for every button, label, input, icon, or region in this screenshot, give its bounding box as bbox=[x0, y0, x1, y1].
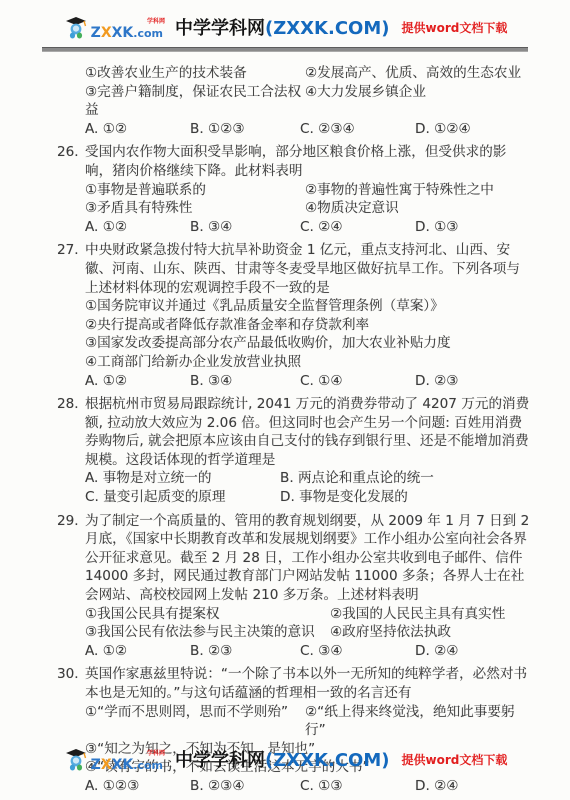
exam-content: ①改善农业生产的技术装备 ②发展高产、优质、高效的生态农业 ③完善户籍制度，保证… bbox=[0, 52, 570, 796]
zxxk-mascot-icon bbox=[63, 14, 89, 40]
choice-text: D. ②④ bbox=[415, 642, 532, 661]
logo-letter: X bbox=[101, 757, 112, 773]
option-text: ②“纸上得来终觉浅，绝知此事要躬行” bbox=[305, 703, 532, 740]
choice-text: B. ③④ bbox=[190, 218, 300, 237]
question-25-partial: ①改善农业生产的技术装备 ②发展高产、优质、高效的生态农业 ③完善户籍制度，保证… bbox=[57, 64, 532, 138]
choice-row: A. ①② B. ①②③ C. ②③④ D. ①②④ bbox=[57, 120, 532, 139]
choice-row: A. ①② B. ③④ C. ②④ D. ①③ bbox=[57, 218, 532, 237]
option-row: ①改善农业生产的技术装备 ②发展高产、优质、高效的生态农业 bbox=[57, 64, 532, 83]
question-29: 29. 为了制定一个高质量的、管用的教育规划纲要，从 2009 年 1 月 7 … bbox=[57, 512, 532, 661]
option-text: ④大力发展乡镇企业 bbox=[305, 83, 532, 120]
choice-row: C. 量变引起质变的原理 D. 事物是变化发展的 bbox=[57, 488, 532, 507]
option-text: ③国家发改委提高部分农产品最低收购价，加大农业补贴力度 bbox=[85, 335, 451, 351]
option-text: ③矛盾具有特殊性 bbox=[85, 199, 305, 218]
option-row: ③完善户籍制度，保证农民工合法权益 ④大力发展乡镇企业 bbox=[57, 83, 532, 120]
choice-text: D. ①②④ bbox=[415, 120, 532, 139]
question-stem: 28. 根据杭州市贸易局跟踪统计, 2041 万元的消费券带动了 4207 万元… bbox=[57, 395, 532, 469]
logo-letter: Z bbox=[91, 757, 101, 773]
logo-letter: K bbox=[122, 757, 133, 773]
question-text: 受国内农作物大面积受旱影响，部分地区粮食价格上涨，但受供求的影响，猪肉价格继续下… bbox=[85, 143, 532, 180]
question-30: 30. 英国作家惠兹里特说：“一个除了书本以外一无所知的纯粹学者，必然对书本也是… bbox=[57, 665, 532, 795]
choice-text: B. ②③ bbox=[190, 642, 300, 661]
site-domain: (ZXXK.COM) bbox=[265, 18, 389, 39]
logo-mini-text: 学科网 bbox=[147, 751, 165, 757]
option-row: ①“学而不思则罔，思而不学则殆” ②“纸上得来终觉浅，绝知此事要躬行” bbox=[57, 703, 532, 740]
choice-text: A. ①② bbox=[85, 218, 190, 237]
logo-mini-text: 学科网 bbox=[147, 19, 165, 25]
choice-text: D. ①③ bbox=[415, 218, 532, 237]
option-row: ③矛盾具有特殊性 ④物质决定意识 bbox=[57, 199, 532, 218]
logo-letter: X bbox=[101, 25, 112, 41]
question-number: 28. bbox=[57, 395, 85, 469]
question-number: 29. bbox=[57, 512, 85, 605]
option-row: ①我国公民具有提案权 ②我国的人民民主具有真实性 bbox=[57, 605, 532, 624]
choice-text: D. ②④ bbox=[415, 777, 532, 796]
brand-row: ZXXK.com 学科网 中学学科网(ZXXK.COM) 提供word文档下载 bbox=[0, 740, 570, 772]
question-stem: 30. 英国作家惠兹里特说：“一个除了书本以外一无所知的纯粹学者，必然对书本也是… bbox=[57, 665, 532, 702]
option-row: ③我国公民有依法参与民主决策的意识 ④政府坚持依法执政 bbox=[57, 623, 532, 642]
zxxk-logo: ZXXK.com 学科网 bbox=[63, 746, 163, 772]
zxxk-logo: ZXXK.com 学科网 bbox=[63, 14, 163, 40]
question-stem: 27. 中央财政紧急拨付特大抗旱补助资金 1 亿元，重点支持河北、山西、安徽、河… bbox=[57, 241, 532, 297]
option-text: ②央行提高或者降低存款准备金率和存贷款利率 bbox=[85, 317, 369, 333]
choice-text: C. ①③ bbox=[300, 777, 415, 796]
zxxk-mascot-icon bbox=[63, 746, 89, 772]
site-title: 中学学科网(ZXXK.COM) bbox=[175, 746, 389, 772]
choice-row: A. 事物是对立统一的 B. 两点论和重点论的统一 bbox=[57, 469, 532, 488]
question-stem: 29. 为了制定一个高质量的、管用的教育规划纲要，从 2009 年 1 月 7 … bbox=[57, 512, 532, 605]
option-text: ④物质决定意识 bbox=[305, 199, 532, 218]
choice-text: C. ①④ bbox=[300, 372, 415, 391]
choice-text: C. ③④ bbox=[300, 642, 415, 661]
question-stem: 26. 受国内农作物大面积受旱影响，部分地区粮食价格上涨，但受供求的影响，猪肉价… bbox=[57, 143, 532, 180]
site-name: 中学学科网 bbox=[175, 18, 265, 39]
choice-text: C. ②③④ bbox=[300, 120, 415, 139]
choice-text: B. ①②③ bbox=[190, 120, 300, 139]
choice-text: D. ②③ bbox=[415, 372, 532, 391]
download-tagline: 提供word文档下载 bbox=[401, 751, 507, 768]
logo-letter: X bbox=[112, 25, 123, 41]
site-name: 中学学科网 bbox=[175, 750, 265, 771]
option-text: ④政府坚持依法执政 bbox=[330, 623, 532, 642]
question-text: 中央财政紧急拨付特大抗旱补助资金 1 亿元，重点支持河北、山西、安徽、河南、山东… bbox=[85, 241, 532, 297]
logo-dotcom: .com bbox=[133, 759, 163, 772]
zxxk-logo-word: ZXXK.com 学科网 bbox=[91, 758, 163, 772]
download-tagline: 提供word文档下载 bbox=[401, 19, 507, 36]
page-footer: ZXXK.com 学科网 中学学科网(ZXXK.COM) 提供word文档下载 bbox=[0, 740, 570, 772]
question-27: 27. 中央财政紧急拨付特大抗旱补助资金 1 亿元，重点支持河北、山西、安徽、河… bbox=[57, 241, 532, 390]
option-row: ③国家发改委提高部分农产品最低收购价，加大农业补贴力度 bbox=[57, 334, 532, 353]
logo-letter: K bbox=[122, 25, 133, 41]
document-page: ZXXK.com 学科网 中学学科网(ZXXK.COM) 提供word文档下载 … bbox=[0, 0, 570, 800]
logo-letter: X bbox=[112, 757, 123, 773]
question-26: 26. 受国内农作物大面积受旱影响，部分地区粮食价格上涨，但受供求的影响，猪肉价… bbox=[57, 143, 532, 236]
option-text: ③我国公民有依法参与民主决策的意识 bbox=[85, 623, 330, 642]
option-row: ①国务院审议并通过《乳品质量安全监督管理条例（草案）》 bbox=[57, 297, 532, 316]
choice-text: A. 事物是对立统一的 bbox=[85, 469, 280, 488]
choice-text: A. ①②③ bbox=[85, 777, 190, 796]
choice-text: C. 量变引起质变的原理 bbox=[85, 488, 280, 507]
choice-text: A. ①② bbox=[85, 372, 190, 391]
option-text: ①国务院审议并通过《乳品质量安全监督管理条例（草案）》 bbox=[85, 298, 444, 314]
option-text: ①“学而不思则罔，思而不学则殆” bbox=[85, 703, 305, 740]
choice-text: C. ②④ bbox=[300, 218, 415, 237]
site-title: 中学学科网(ZXXK.COM) bbox=[175, 14, 389, 40]
zxxk-logo-word: ZXXK.com 学科网 bbox=[91, 26, 163, 40]
option-row: ①事物是普遍联系的 ②事物的普遍性寓于特殊性之中 bbox=[57, 181, 532, 200]
option-row: ②央行提高或者降低存款准备金率和存贷款利率 bbox=[57, 316, 532, 335]
option-text: ②发展高产、优质、高效的生态农业 bbox=[305, 64, 532, 83]
choice-text: D. 事物是变化发展的 bbox=[280, 488, 532, 507]
choice-text: B. ②③④ bbox=[190, 777, 300, 796]
option-text: ④工商部门给新办企业发放营业执照 bbox=[85, 354, 301, 370]
site-domain: (ZXXK.COM) bbox=[265, 750, 389, 771]
choice-text: A. ①② bbox=[85, 642, 190, 661]
option-text: ①改善农业生产的技术装备 bbox=[85, 64, 305, 83]
choice-text: B. 两点论和重点论的统一 bbox=[280, 469, 532, 488]
choice-row: A. ①② B. ②③ C. ③④ D. ②④ bbox=[57, 642, 532, 661]
choice-row: A. ①②③ B. ②③④ C. ①③ D. ②④ bbox=[57, 777, 532, 796]
page-header: ZXXK.com 学科网 中学学科网(ZXXK.COM) 提供word文档下载 bbox=[0, 0, 570, 52]
question-28: 28. 根据杭州市贸易局跟踪统计, 2041 万元的消费券带动了 4207 万元… bbox=[57, 395, 532, 507]
option-text: ①我国公民具有提案权 bbox=[85, 605, 330, 624]
brand-row: ZXXK.com 学科网 中学学科网(ZXXK.COM) 提供word文档下载 bbox=[0, 0, 570, 40]
option-text: ②事物的普遍性寓于特殊性之中 bbox=[305, 181, 532, 200]
question-text: 英国作家惠兹里特说：“一个除了书本以外一无所知的纯粹学者，必然对书本也是无知的。… bbox=[85, 665, 532, 702]
option-text: ①事物是普遍联系的 bbox=[85, 181, 305, 200]
question-number: 27. bbox=[57, 241, 85, 297]
logo-dotcom: .com bbox=[133, 27, 163, 40]
choice-text: B. ③④ bbox=[190, 372, 300, 391]
question-number: 26. bbox=[57, 143, 85, 180]
question-number: 30. bbox=[57, 665, 85, 702]
question-text: 根据杭州市贸易局跟踪统计, 2041 万元的消费券带动了 4207 万元的消费额… bbox=[85, 395, 532, 469]
option-text: ②我国的人民民主具有真实性 bbox=[330, 605, 532, 624]
option-text: ③完善户籍制度，保证农民工合法权益 bbox=[85, 83, 305, 120]
choice-row: A. ①② B. ③④ C. ①④ D. ②③ bbox=[57, 372, 532, 391]
logo-letter: Z bbox=[91, 25, 101, 41]
choice-text: A. ①② bbox=[85, 120, 190, 139]
option-row: ④工商部门给新办企业发放营业执照 bbox=[57, 353, 532, 372]
question-text: 为了制定一个高质量的、管用的教育规划纲要，从 2009 年 1 月 7 日到 2… bbox=[85, 512, 532, 605]
